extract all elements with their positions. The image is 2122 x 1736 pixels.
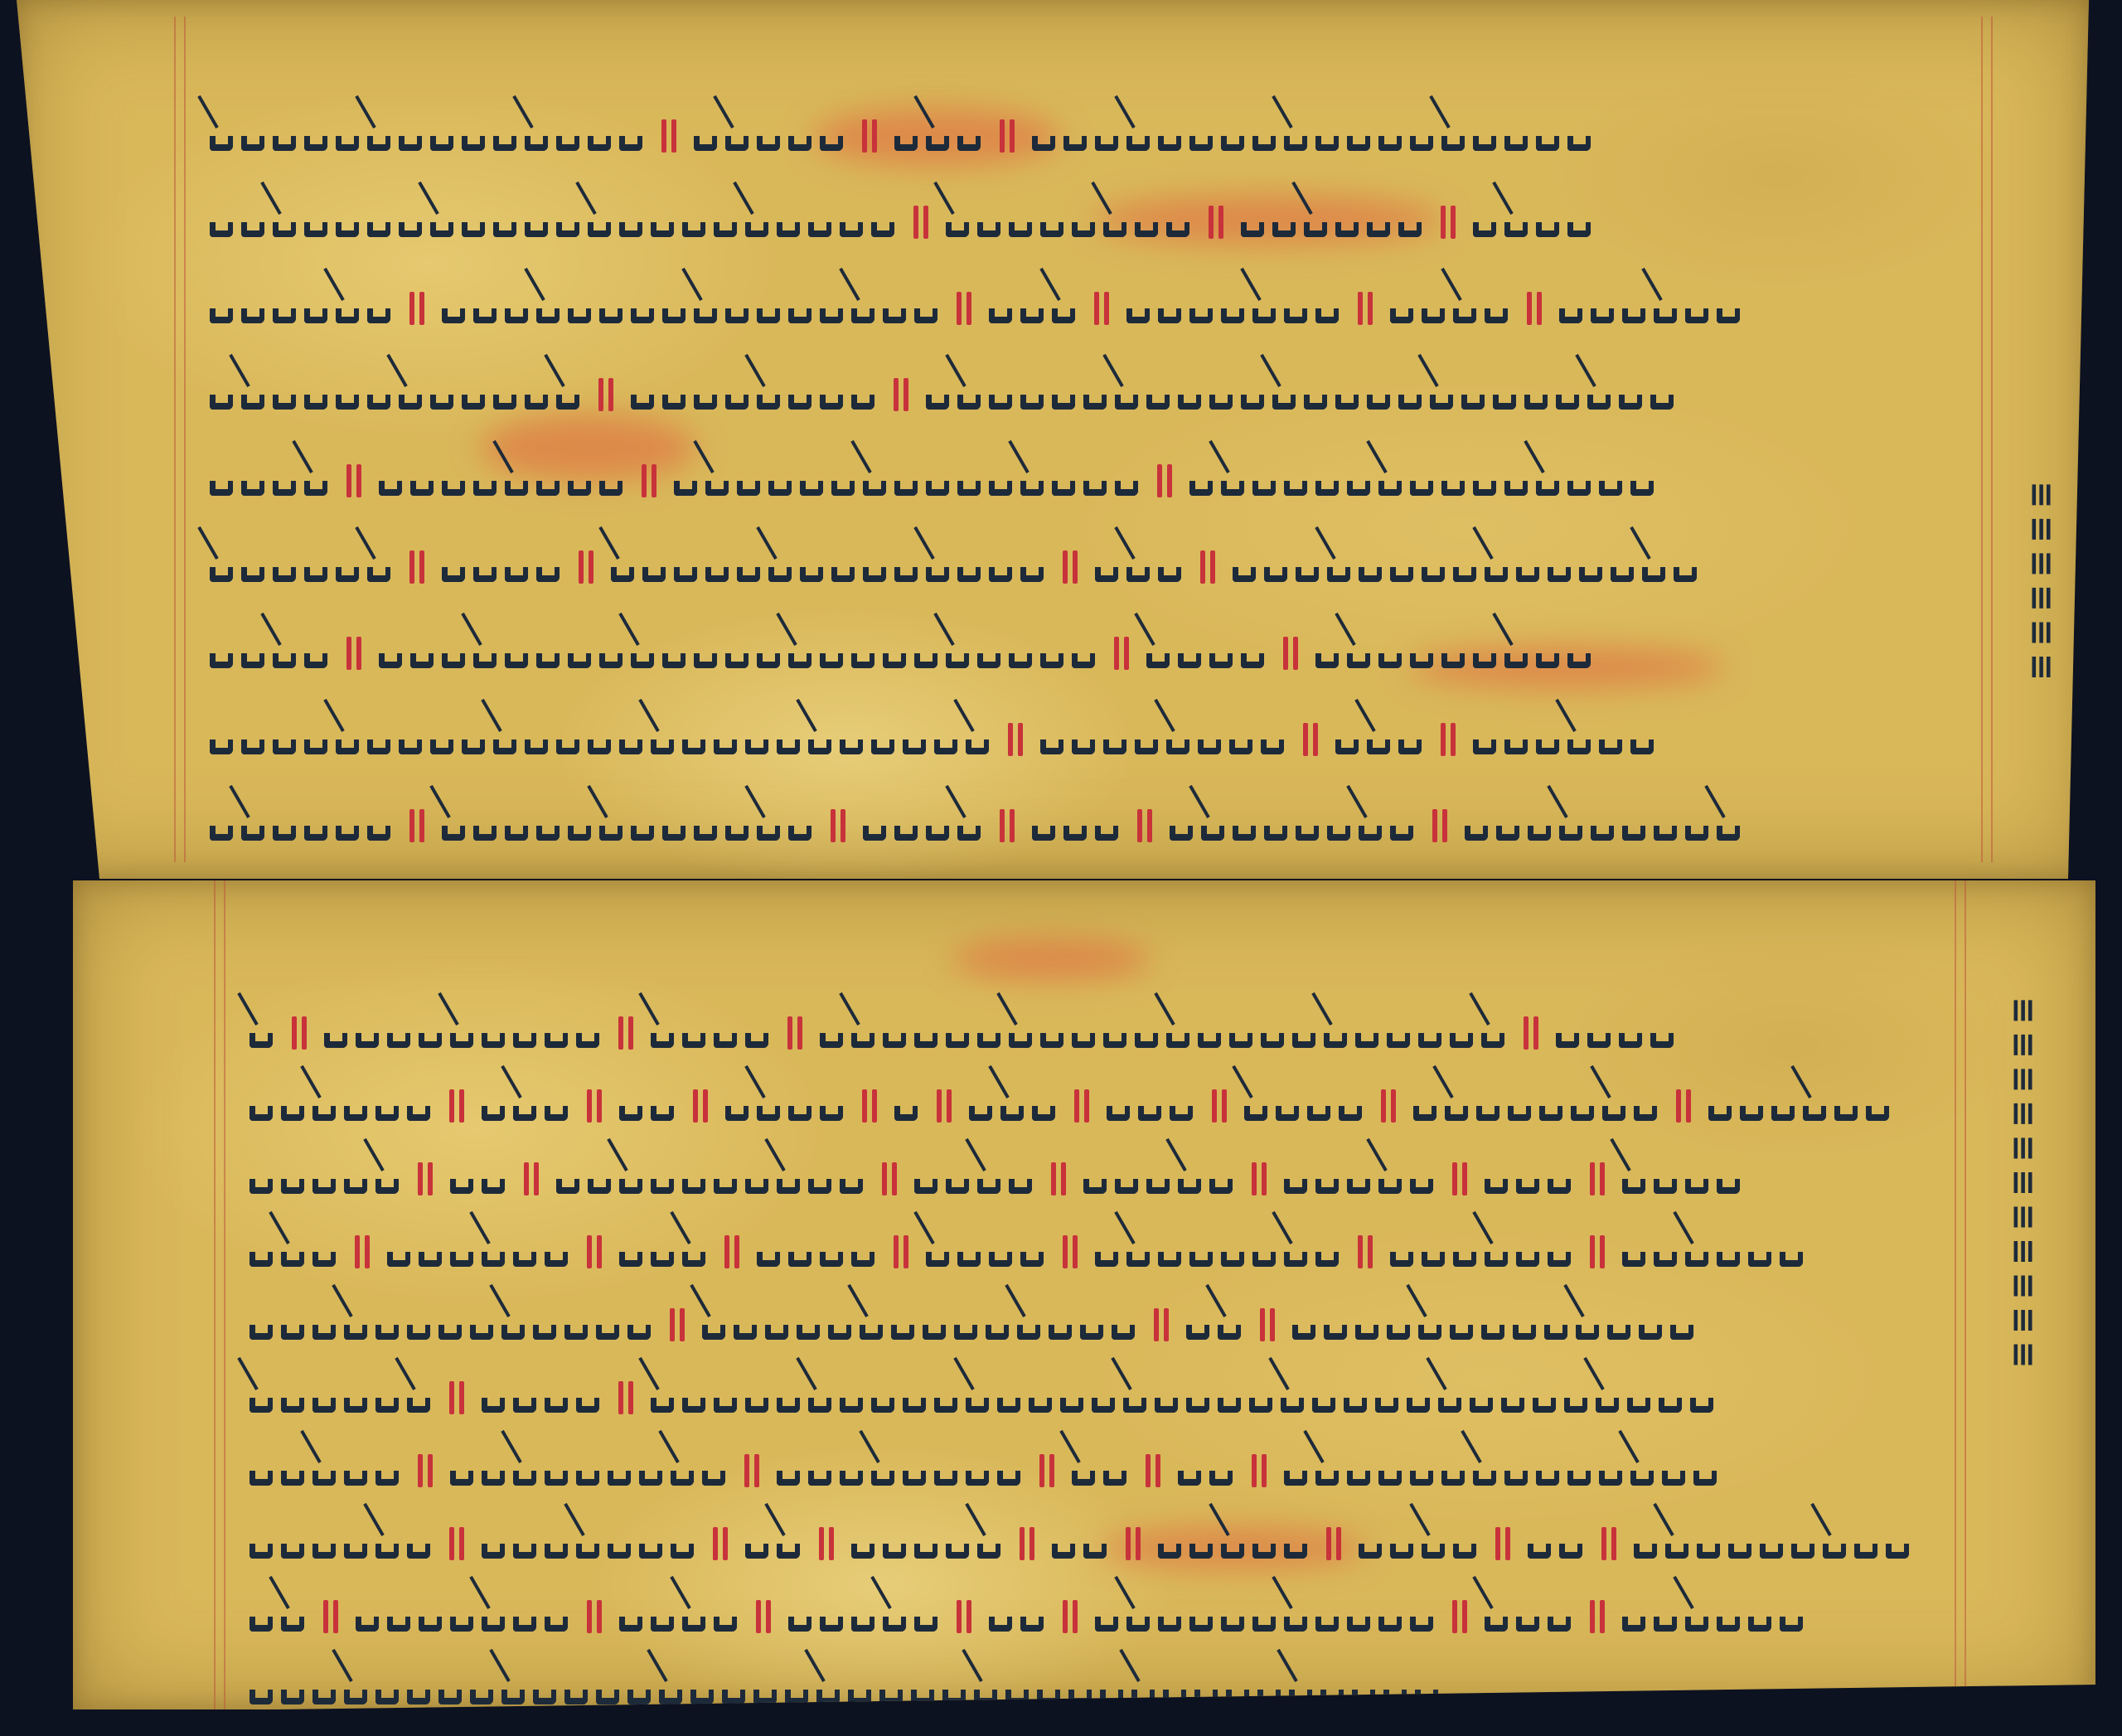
script-glyph [1069,1016,1097,1050]
script-glyph [247,1673,275,1706]
script-glyph [660,809,688,842]
script-glyph [479,1016,507,1050]
script-glyph [648,1381,676,1414]
script-glyph [1184,1308,1212,1341]
script-glyph [554,206,582,239]
script-glyph [817,1600,845,1633]
script-glyph [605,1454,633,1487]
script-glyph [1648,378,1676,411]
red-stain [952,938,1151,980]
script-glyph [1262,550,1290,584]
script-glyph [617,1162,645,1195]
script-glyph [940,1673,968,1706]
script-glyph [511,1016,539,1050]
script-glyph [385,1235,413,1268]
script-glyph [1651,1235,1679,1268]
script-glyph [1376,1454,1404,1487]
script-glyph [1061,809,1089,842]
script-glyph [270,464,298,497]
script-glyph [1388,1527,1416,1560]
script-glyph [597,637,625,670]
script-glyph [1746,1600,1774,1633]
script-glyph [869,1454,897,1487]
script-glyph [1419,1235,1447,1268]
script-glyph [1726,1527,1754,1560]
script-glyph [310,1162,338,1195]
script-glyph [1482,292,1510,325]
script-glyph [711,1381,739,1414]
script-glyph [1640,550,1668,584]
script-glyph [1081,378,1109,411]
script-glyph [1620,292,1648,325]
script-glyph [1092,1600,1121,1633]
script-line [207,711,1659,756]
script-glyph [889,1308,917,1341]
red-danda-mark [1601,1525,1618,1560]
script-glyph [1218,1600,1247,1633]
script-glyph [310,1308,338,1341]
script-glyph [1124,1600,1152,1633]
script-glyph [1155,1600,1184,1633]
script-line [207,108,1596,153]
script-glyph [471,809,499,842]
script-glyph [1384,1308,1412,1341]
script-glyph [648,1235,676,1268]
script-glyph [711,1016,739,1050]
script-glyph [491,723,519,756]
script-glyph [1451,1527,1479,1560]
script-glyph [542,1600,570,1633]
script-glyph [1286,1673,1315,1706]
script-glyph [207,292,235,325]
script-line [247,1151,1746,1195]
script-glyph [923,378,952,411]
script-glyph [955,550,983,584]
script-glyph [648,1016,676,1050]
script-glyph [585,119,613,153]
script-glyph [247,1016,275,1050]
script-glyph [1018,464,1046,497]
red-danda-mark [1527,290,1543,325]
script-glyph [1757,1527,1785,1560]
script-line [247,1515,1915,1560]
script-glyph [1175,637,1204,670]
script-glyph [1344,637,1373,670]
script-glyph [1313,464,1341,497]
script-glyph [585,723,613,756]
script-glyph [1436,1381,1464,1414]
script-glyph [1155,119,1184,153]
script-glyph [522,206,550,239]
script-glyph [207,550,235,584]
script-glyph [534,464,562,497]
script-glyph [396,206,424,239]
script-glyph [1215,1308,1243,1341]
script-glyph [1069,723,1097,756]
script-glyph [1789,1527,1817,1560]
script-glyph [998,1089,1026,1123]
script-glyph [511,1527,539,1560]
script-glyph [1313,1454,1341,1487]
script-glyph [774,206,802,239]
script-glyph [502,809,530,842]
red-danda-mark [1432,807,1449,842]
script-glyph [1502,206,1530,239]
script-glyph [1502,723,1530,756]
red-danda-mark [1495,1525,1512,1560]
script-glyph [817,292,845,325]
script-glyph [1636,1308,1664,1341]
script-glyph [373,1454,401,1487]
red-danda-mark [1000,807,1016,842]
script-glyph [1207,1162,1235,1195]
script-glyph [1018,550,1046,584]
script-glyph [1688,1381,1716,1414]
script-glyph [1187,1527,1215,1560]
script-glyph [1427,378,1456,411]
script-glyph [1470,723,1499,756]
red-danda-mark [831,807,847,842]
script-glyph [869,723,897,756]
script-glyph [1187,292,1215,325]
script-glyph [1336,1089,1364,1123]
script-glyph [1155,550,1184,584]
script-glyph [1018,1235,1046,1268]
script-glyph [691,637,719,670]
script-glyph [703,550,731,584]
red-danda-mark [913,204,930,239]
script-glyph [1281,1600,1310,1633]
script-glyph [1101,723,1129,756]
script-line [207,625,1596,670]
script-glyph [247,1527,275,1560]
script-glyph [342,1527,370,1560]
script-glyph [542,1454,570,1487]
script-glyph [711,723,739,756]
script-glyph [342,1673,370,1706]
script-glyph [1238,378,1267,411]
script-glyph [743,1162,771,1195]
script-glyph [955,809,983,842]
script-glyph [396,723,424,756]
script-glyph [1006,206,1034,239]
script-glyph [691,378,719,411]
script-glyph [1376,637,1404,670]
script-glyph [900,1454,928,1487]
script-glyph [1514,1235,1542,1268]
script-glyph [1683,809,1711,842]
script-glyph [365,206,393,239]
script-glyph [1195,1016,1223,1050]
script-glyph [1683,1235,1711,1268]
red-danda-mark [587,1088,603,1123]
red-danda-mark [1452,1598,1469,1633]
script-glyph [491,206,519,239]
script-glyph [1545,550,1573,584]
script-glyph [1218,1527,1247,1560]
script-glyph [688,1673,716,1706]
script-glyph [1155,1235,1184,1268]
script-glyph [239,464,267,497]
script-glyph [1124,1235,1152,1268]
script-glyph [1030,1089,1058,1123]
script-glyph [1218,1235,1247,1268]
script-glyph [373,1308,401,1341]
script-glyph [923,464,952,497]
script-glyph [766,464,794,497]
script-glyph [849,378,877,411]
script-glyph [797,550,826,584]
script-glyph [1066,1673,1094,1706]
script-glyph [1187,464,1215,497]
script-glyph [700,1308,728,1341]
script-glyph [806,206,834,239]
script-glyph [385,1600,413,1633]
red-danda-mark [661,118,678,153]
script-glyph [1533,119,1562,153]
script-glyph [817,378,845,411]
script-glyph [1479,1308,1507,1341]
script-glyph [565,809,593,842]
script-glyph [723,119,751,153]
script-glyph [617,1089,645,1123]
script-glyph [1691,1454,1719,1487]
script-glyph [279,1527,307,1560]
script-glyph [1439,1454,1467,1487]
script-glyph [365,550,393,584]
script-glyph [542,1016,570,1050]
script-glyph [786,119,814,153]
script-glyph [1651,1600,1679,1633]
red-danda-mark [1094,290,1111,325]
red-danda-mark [1326,1525,1343,1560]
script-glyph [302,292,330,325]
script-glyph [734,550,763,584]
script-glyph [1325,550,1353,584]
script-glyph [1863,1089,1892,1123]
script-glyph [439,464,468,497]
script-glyph [1164,1016,1192,1050]
script-glyph [385,1016,413,1050]
script-line [207,453,1659,497]
script-glyph [408,464,436,497]
script-glyph [302,637,330,670]
script-glyph [1112,378,1141,411]
script-glyph [1545,1162,1573,1195]
script-glyph [247,1235,275,1268]
script-glyph [270,292,298,325]
script-glyph [1349,1673,1378,1706]
script-glyph [436,1673,464,1706]
script-glyph [593,1308,622,1341]
script-glyph [1207,637,1235,670]
script-glyph [1620,1162,1648,1195]
red-danda-mark [1000,118,1016,153]
script-glyph [1160,1673,1189,1706]
script-glyph [1109,1308,1137,1341]
script-glyph [1069,1454,1097,1487]
script-glyph [1192,1673,1220,1706]
script-glyph [1407,464,1436,497]
script-glyph [1439,119,1467,153]
script-glyph [333,206,361,239]
script-glyph [786,1089,814,1123]
script-glyph [1502,464,1530,497]
script-glyph [892,809,920,842]
script-glyph [1124,550,1152,584]
script-glyph [1388,1235,1416,1268]
script-glyph [1588,292,1616,325]
script-glyph [310,1673,338,1706]
script-glyph [786,1235,814,1268]
script-glyph [1671,550,1699,584]
script-glyph [428,119,456,153]
script-glyph [562,1308,590,1341]
script-glyph [270,809,298,842]
script-glyph [1078,1308,1106,1341]
script-glyph [1333,378,1361,411]
script-glyph [1557,292,1585,325]
script-glyph [671,550,700,584]
script-line [207,280,1746,325]
red-danda-mark [787,1015,804,1050]
script-glyph [310,1235,338,1268]
script-glyph [448,1235,476,1268]
script-glyph [986,550,1015,584]
script-glyph [680,1600,708,1633]
script-glyph [1187,119,1215,153]
red-danda-mark [1020,1525,1036,1560]
script-glyph [1356,1527,1384,1560]
script-glyph [1293,809,1321,842]
script-glyph [1258,723,1286,756]
script-glyph [342,1381,370,1414]
script-glyph [743,1527,771,1560]
script-glyph [782,1673,811,1706]
script-glyph [1694,1527,1722,1560]
script-glyph [1596,723,1625,756]
script-glyph [912,1600,940,1633]
script-glyph [1482,1600,1510,1633]
script-glyph [468,1308,496,1341]
script-glyph [302,464,330,497]
script-glyph [814,1673,842,1706]
script-glyph [743,1016,771,1050]
script-glyph [1533,1454,1562,1487]
script-glyph [479,1235,507,1268]
script-glyph [1124,119,1152,153]
script-glyph [565,637,593,670]
margin-rule-right [1955,880,1956,1709]
red-danda-mark [346,635,363,670]
script-glyph [786,378,814,411]
script-glyph [1184,1381,1212,1414]
script-glyph [680,1016,708,1050]
script-glyph [920,1308,948,1341]
script-glyph [1384,1016,1412,1050]
script-glyph [857,1308,885,1341]
script-glyph [1255,1673,1283,1706]
script-glyph [439,809,468,842]
script-glyph [302,550,330,584]
script-glyph [1545,1235,1573,1268]
script-glyph [471,464,499,497]
script-glyph [1648,1016,1676,1050]
script-glyph [617,1600,645,1633]
script-glyph [806,1454,834,1487]
script-glyph [373,1089,401,1123]
script-glyph [597,464,625,497]
red-danda-mark [1381,1088,1398,1123]
script-glyph [1568,1089,1596,1123]
script-glyph [279,1162,307,1195]
script-glyph [806,1162,834,1195]
script-glyph [1522,378,1550,411]
script-glyph [955,1235,983,1268]
script-glyph [908,1673,937,1706]
script-glyph [1470,206,1499,239]
script-glyph [1883,1527,1911,1560]
red-danda-mark [449,1088,466,1123]
script-glyph [1494,809,1522,842]
script-glyph [817,1235,845,1268]
script-glyph [1388,292,1416,325]
script-glyph [971,1673,1000,1706]
script-glyph [637,1527,665,1560]
script-glyph [900,723,928,756]
script-glyph [1344,1600,1373,1633]
script-glyph [983,1308,1011,1341]
script-glyph [270,206,298,239]
script-glyph [511,1089,539,1123]
red-danda-mark [1063,549,1079,584]
script-glyph [923,119,952,153]
script-glyph [986,292,1015,325]
script-glyph [270,550,298,584]
script-glyph [247,1308,275,1341]
script-glyph [534,550,562,584]
script-glyph [1164,723,1192,756]
script-glyph [1344,119,1373,153]
script-glyph [963,1454,991,1487]
script-glyph [333,119,361,153]
script-glyph [1514,550,1542,584]
script-glyph [1616,378,1645,411]
script-glyph [892,550,920,584]
script-line [247,1661,1444,1706]
script-glyph [279,1673,307,1706]
red-danda-mark [1590,1161,1606,1195]
red-danda-mark [418,1161,434,1195]
script-glyph [1092,119,1121,153]
script-glyph [405,1673,433,1706]
script-glyph [1333,206,1361,239]
script-glyph [279,1089,307,1123]
script-glyph [405,1308,433,1341]
script-glyph [1026,1381,1054,1414]
script-glyph [471,550,499,584]
script-glyph [1344,464,1373,497]
script-glyph [1250,464,1278,497]
script-glyph [680,1235,708,1268]
red-danda-mark [1039,1452,1056,1487]
script-glyph [1832,1089,1860,1123]
script-glyph [365,809,393,842]
script-glyph [1565,1454,1593,1487]
script-glyph [628,809,656,842]
script-glyph [1714,809,1742,842]
script-glyph [1132,1016,1160,1050]
